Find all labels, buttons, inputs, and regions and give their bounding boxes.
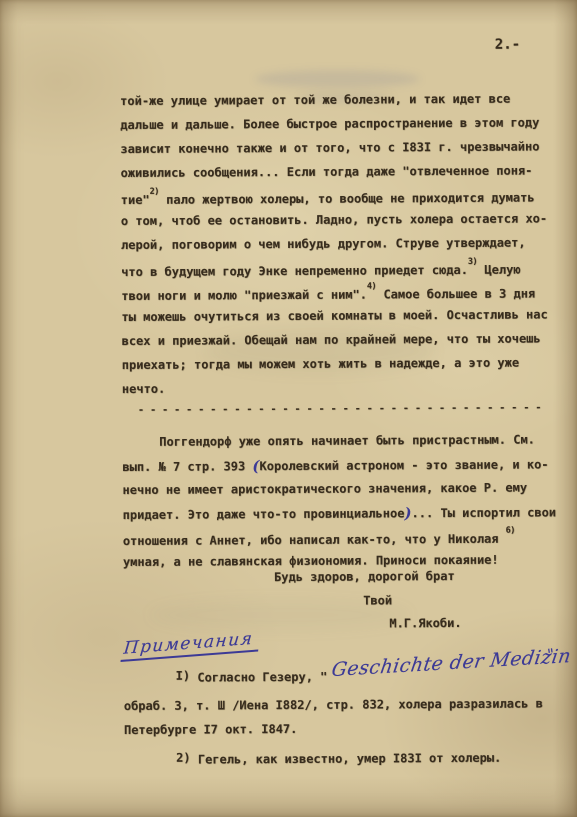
footnote-ref-2: 2) [150, 187, 159, 197]
handwritten-book-title: Geschichte der Medizin [330, 645, 573, 681]
letter-line: Поггендорф уже опять начинает быть прист… [122, 427, 556, 454]
handwritten-close-paren: ) [404, 501, 411, 525]
page-content: 2.- той-же улице умирает от той же болез… [0, 0, 577, 817]
letter-paragraph-1: той-же улице умирает от той же болезни, … [120, 86, 548, 401]
signature: М.Г.Якоби. [389, 611, 461, 635]
letter-line: нечно не имеет аристократического значен… [122, 475, 556, 502]
dashed-separator: - - - - - - - - - - - - - - - - - - - - … [138, 401, 541, 417]
handwritten-notes-title: Примечания [120, 628, 260, 662]
page-number: 2.- [495, 33, 520, 57]
footnote-2: 2) Гегель, как известно, умер I83I от хо… [176, 746, 501, 772]
letter-paragraph-2: Поггендорф уже опять начинает быть прист… [122, 427, 556, 574]
closing-yours: Твой [363, 588, 392, 612]
footnote-1-line-1: I) Согласно Гезеру, " [176, 665, 328, 690]
letter-line: твои ноги и молю "приезжай с ним".4) Сам… [121, 278, 547, 305]
letter-line: отношения с Аннет, ибо написал как-то, ч… [123, 523, 557, 550]
letter-line: всех и приезжай. Обещай нам по крайней м… [122, 326, 548, 353]
letter-line: нечто. [122, 374, 548, 401]
handwritten-open-paren: ( [252, 454, 259, 478]
letter-line: что в будущем году Энке непременно приед… [121, 254, 547, 281]
letter-line: о том, чтоб ее остановить. Ладно, пусть … [121, 206, 547, 233]
footnote-ref-4: 4) [367, 281, 376, 291]
footnote-1-marker: I) [176, 669, 191, 683]
footnote-1-line-3: Петербурге I7 окт. I847. [124, 717, 298, 742]
footnote-ref-6: 6) [506, 526, 515, 536]
letter-line: зависит конечно также и от того, что с I… [120, 134, 546, 161]
scanned-letter-page: 2.- той-же улице умирает от той же болез… [0, 0, 577, 817]
letter-line: дальше и дальше. Более быстрое распростр… [120, 110, 546, 137]
letter-line: приехать; тогда мы можем хоть жить в над… [122, 350, 548, 377]
letter-line: тие"2) пало жертвою холеры, то вообще не… [121, 182, 547, 209]
closing-farewell: Будь здоров, дорогой брат [274, 564, 455, 589]
footnote-2-marker: 2) [176, 751, 191, 765]
letter-line: вып. № 7 стр. 393 (Королевский астроном … [122, 451, 556, 478]
letter-line: придает. Это даже что-то провинциальное)… [123, 499, 557, 526]
letter-line: лерой, поговорим о чем нибудь другом. Ст… [121, 230, 547, 257]
footnote-ref-3: 3) [468, 257, 477, 267]
letter-line: ты можешь очутиться из своей комнаты в м… [121, 302, 547, 329]
footnote-1-line-2: обраб. 3, т. Ш /Иена I882/, стр. 832, хо… [124, 691, 543, 718]
letter-line: оживились сообщения... Если тогда даже "… [120, 158, 546, 185]
letter-line: той-же улице умирает от той же болезни, … [120, 86, 546, 113]
